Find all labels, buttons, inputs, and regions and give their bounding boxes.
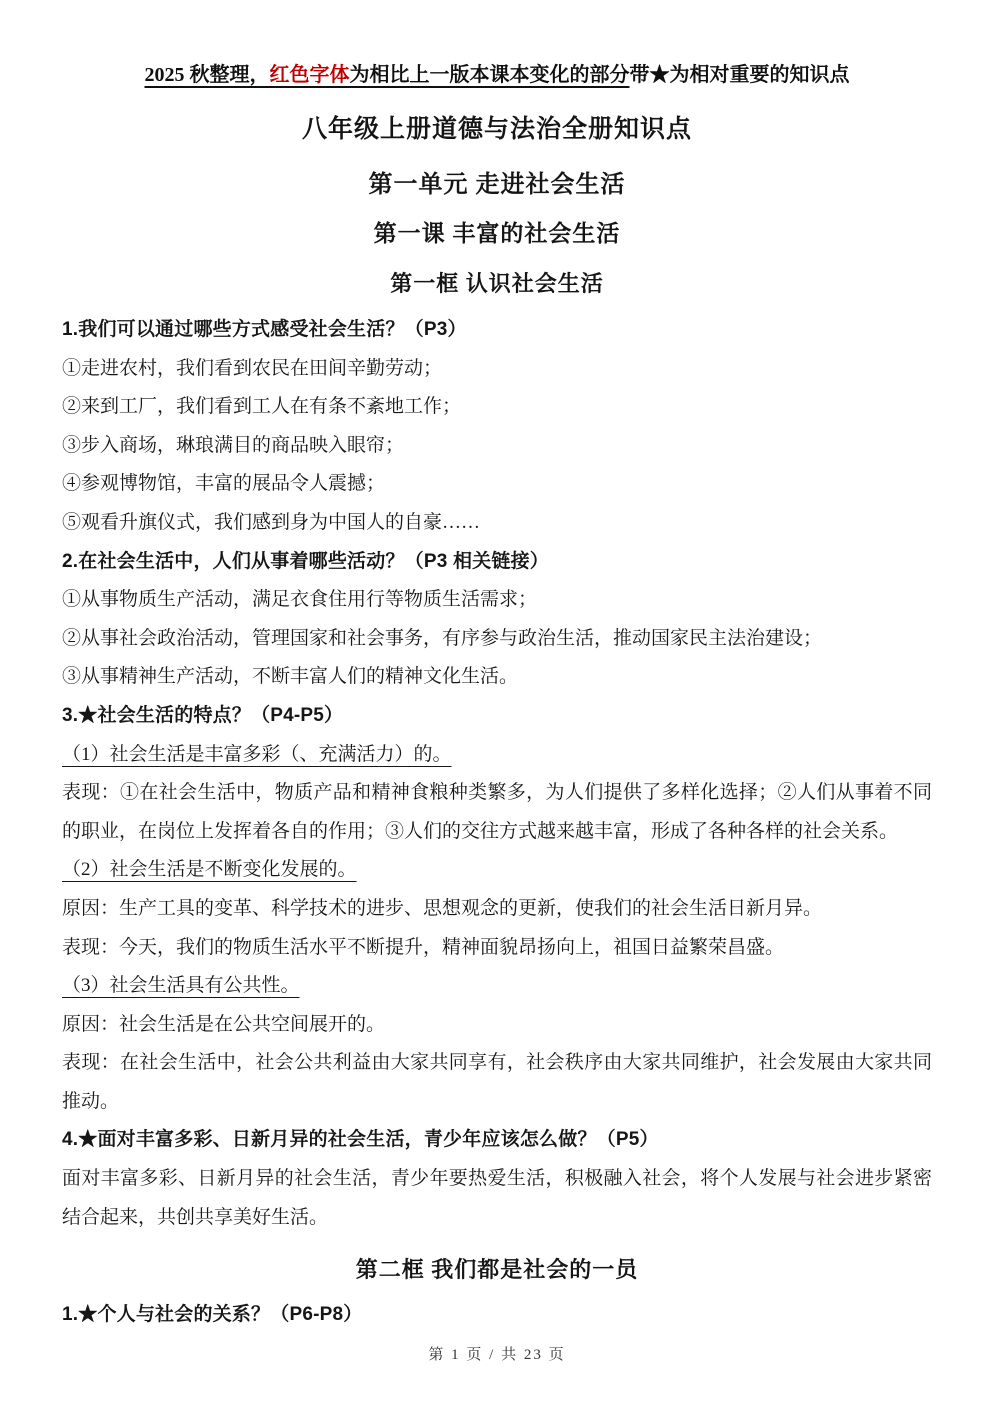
- header-note-underlined-group: 2025 秋整理，红色字体为相比上一版本课本变化的部分: [145, 64, 630, 86]
- body-line: ①从事物质生产活动，满足衣食住用行等物质生活需求；: [62, 581, 932, 620]
- question-line: 3.★社会生活的特点？（P4-P5）: [62, 697, 932, 736]
- document-page: 2025 秋整理，红色字体为相比上一版本课本变化的部分带★为相对重要的知识点 八…: [0, 0, 992, 1403]
- frame2-heading: 第二框 我们都是社会的一员: [62, 1252, 932, 1288]
- body-line: ②来到工厂，我们看到工人在有条不紊地工作；: [62, 388, 932, 427]
- body-line: ③步入商场，琳琅满目的商品映入眼帘；: [62, 427, 932, 466]
- header-note-red-text: 红色字体: [270, 64, 350, 86]
- header-note-prefix: 2025 秋整理，: [145, 64, 270, 86]
- body-line: ⑤观看升旗仪式，我们感到身为中国人的自豪……: [62, 504, 932, 543]
- header-note: 2025 秋整理，红色字体为相比上一版本课本变化的部分带★为相对重要的知识点: [62, 62, 932, 89]
- body-text-block: 1.我们可以通过哪些方式感受社会生活？（P3） ①走进农村，我们看到农民在田间辛…: [62, 311, 932, 1237]
- underlined-point-line: （2）社会生活是不断变化发展的。: [62, 851, 932, 890]
- question-line: 4.★面对丰富多彩、日新月异的社会生活，青少年应该怎么做？（P5）: [62, 1121, 932, 1160]
- lesson-heading: 第一课 丰富的社会生活: [62, 217, 932, 251]
- underlined-point-line: （3）社会生活具有公共性。: [62, 967, 932, 1006]
- body-line: 原因：生产工具的变革、科学技术的进步、思想观念的更新，使我们的社会生活日新月异。: [62, 890, 932, 929]
- body-line: ④参观博物馆，丰富的展品令人震撼；: [62, 465, 932, 504]
- document-title: 八年级上册道德与法治全册知识点: [62, 112, 932, 148]
- underlined-point-line: （1）社会生活是丰富多彩（、充满活力）的。: [62, 736, 932, 775]
- body-line: 表现：①在社会生活中，物质产品和精神食粮种类繁多，为人们提供了多样化选择；②人们…: [62, 774, 932, 851]
- body-line: 表现：今天，我们的物质生活水平不断提升，精神面貌昂扬向上，祖国日益繁荣昌盛。: [62, 929, 932, 968]
- header-note-underline-rest: 为相比上一版本课本变化的部分: [350, 64, 630, 86]
- body-line: 面对丰富多彩、日新月异的社会生活，青少年要热爱生活，积极融入社会，将个人发展与社…: [62, 1160, 932, 1237]
- body-line: 原因：社会生活是在公共空间展开的。: [62, 1006, 932, 1045]
- question-line: 1.★个人与社会的关系？（P6-P8）: [62, 1296, 932, 1335]
- body-line: ③从事精神生产活动，不断丰富人们的精神文化生活。: [62, 658, 932, 697]
- body-line: ①走进农村，我们看到农民在田间辛勤劳动；: [62, 350, 932, 389]
- question-line: 2.在社会生活中，人们从事着哪些活动？（P3 相关链接）: [62, 543, 932, 582]
- unit-heading: 第一单元 走进社会生活: [62, 167, 932, 203]
- body-line: 表现：在社会生活中，社会公共利益由大家共同享有，社会秩序由大家共同维护，社会发展…: [62, 1044, 932, 1121]
- frame1-heading: 第一框 认识社会生活: [62, 267, 932, 301]
- body-line: ②从事社会政治活动，管理国家和社会事务，有序参与政治生活，推动国家民主法治建设；: [62, 620, 932, 659]
- page-number: 第 1 页 / 共 23 页: [62, 1344, 932, 1366]
- question-line: 1.我们可以通过哪些方式感受社会生活？（P3）: [62, 311, 932, 350]
- header-note-suffix: 带★为相对重要的知识点: [630, 64, 850, 86]
